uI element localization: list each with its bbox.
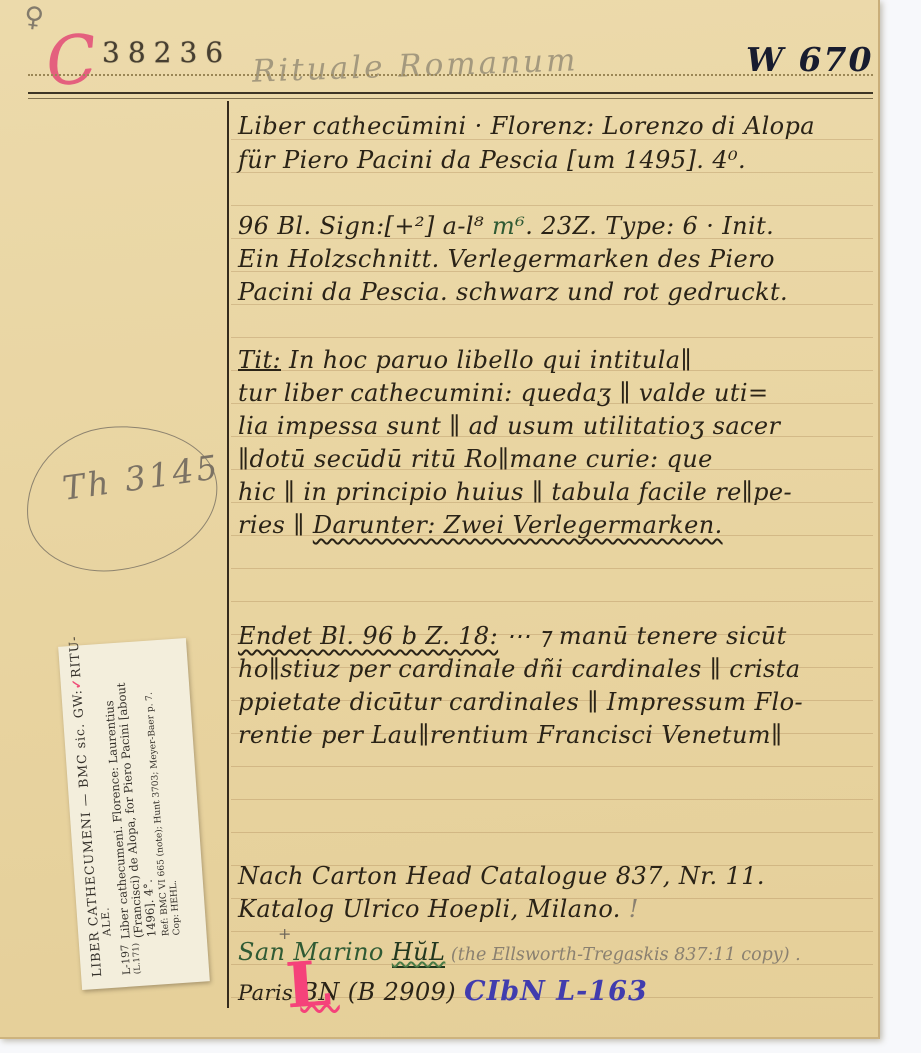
manuscript-line: Endet Bl. 96 b Z. 18: ⋯ ⁊ manū tenere si…	[238, 622, 787, 650]
ruling-line	[231, 337, 873, 338]
ruling-line	[231, 568, 873, 569]
ruling-line	[231, 601, 873, 602]
manuscript-segment: lia impessa sunt ∥ ad usum utilitatioʒ s…	[238, 412, 780, 440]
manuscript-segment: Endet Bl. 96 b Z. 18:	[238, 622, 498, 650]
manuscript-segment: rentie per Lau∥rentium Francisci Venetum…	[238, 721, 782, 749]
label-entry-number: L-197 (L.171)	[120, 937, 161, 976]
manuscript-segment: ho∥stiuz per cardinale dñi cardinales ∥ …	[238, 655, 801, 683]
manuscript-line: ∥dotū secūdū ritū Ro∥mane curie: que	[238, 445, 713, 473]
manuscript-segment: Liber cathecūmini · Florenz: Lorenzo di …	[238, 112, 815, 140]
manuscript-segment: Katalog Ulrico Hoepli, Milano.	[238, 895, 621, 923]
vertical-margin-rule	[227, 101, 229, 1008]
pink-crayon-letter: L	[284, 947, 333, 1023]
manuscript-segment: Tit:	[238, 346, 281, 374]
manuscript-segment: ⋯ ⁊ manū tenere sicūt	[498, 622, 787, 650]
label-heading-cont: RITU-	[65, 635, 83, 678]
ruling-line	[231, 766, 873, 767]
dotted-rule	[28, 74, 873, 76]
manuscript-segment: CIbN L-163	[464, 976, 648, 1007]
manuscript-line: tur liber cathecumini: quedaʒ ∥ valde ut…	[238, 379, 768, 407]
manuscript-segment: . 23Z. Type: 6 · Init.	[525, 212, 774, 240]
manuscript-segment: m⁶	[492, 212, 525, 240]
double-rule-bottom	[28, 98, 873, 99]
manuscript-line: 96 Bl. Sign:[+²] a-l⁸ m⁶. 23Z. Type: 6 ·…	[238, 212, 774, 240]
manuscript-line: für Piero Pacini da Pescia [um 1495]. 4⁰…	[238, 146, 746, 174]
manuscript-segment: 96 Bl. Sign:[+²] a-l⁸	[238, 212, 492, 240]
catalog-card: ♀ C 38236 Rituale Romanum W 670 Th 3145 …	[0, 0, 880, 1039]
manuscript-line: Pacini da Pescia. schwarz und rot gedruc…	[238, 278, 788, 306]
manuscript-segment: (B 2909)	[340, 978, 456, 1006]
manuscript-segment: Pacini da Pescia. schwarz und rot gedruc…	[238, 278, 788, 306]
typed-label-content: LIBER CATHECUMENI — BMC sic. GW:✓RITU- A…	[58, 638, 210, 990]
manuscript-line: Katalog Ulrico Hoepli, Milano. !	[238, 895, 639, 923]
manuscript-line: hic ∥ in principio huius ∥ tabula facile…	[238, 478, 792, 506]
manuscript-segment: (the Ellsworth-Tregaskis 837:11 copy) .	[445, 945, 800, 965]
manuscript-segment: Darunter: Zwei Verlegermarken.	[313, 511, 723, 539]
ruling-line	[231, 799, 873, 800]
ruling-line	[231, 931, 873, 932]
manuscript-segment: hic ∥ in principio huius ∥ tabula facile…	[238, 478, 792, 506]
manuscript-line: Liber cathecūmini · Florenz: Lorenzo di …	[238, 112, 815, 140]
manuscript-line: ries ∥ Darunter: Zwei Verlegermarken.	[238, 511, 723, 539]
manuscript-line: Ein Holzschnitt. Verlegermarken des Pier…	[238, 245, 775, 273]
manuscript-segment: ∥dotū secūdū ritū Ro∥mane curie: que	[238, 445, 713, 473]
red-checkmark-icon: ✓	[68, 677, 84, 690]
manuscript-segment: In hoc paruo libello qui intitula∥	[281, 346, 692, 374]
manuscript-line: ppietate dicūtur cardinales ∥ Impressum …	[238, 688, 803, 716]
red-crayon-letter: C	[42, 20, 100, 102]
manuscript-segment: ries ∥	[238, 511, 313, 539]
ruling-line	[231, 205, 873, 206]
ruling-line	[231, 832, 873, 833]
manuscript-segment: für Piero Pacini da Pescia [um 1495]. 4⁰…	[238, 146, 746, 174]
manuscript-segment: tur liber cathecumini: quedaʒ ∥ valde ut…	[238, 379, 768, 407]
manuscript-segment: Ein Holzschnitt. Verlegermarken des Pier…	[238, 245, 775, 273]
stray-pencil-mark: +	[278, 924, 291, 943]
accession-number-stamp: 38236	[102, 36, 231, 69]
manuscript-segment	[456, 978, 464, 1006]
manuscript-line: lia impessa sunt ∥ ad usum utilitatioʒ s…	[238, 412, 780, 440]
manuscript-line: Tit: In hoc paruo libello qui intitula∥	[238, 346, 692, 374]
double-rule-top	[28, 92, 873, 94]
label-entry-no-sub: (L.171)	[131, 938, 144, 975]
manuscript-segment: Nach Carton Head Catalogue 837, Nr. 11.	[238, 862, 765, 890]
manuscript-segment: HŭL	[392, 938, 446, 968]
typed-label-slip: LIBER CATHECUMENI — BMC sic. GW:✓RITU- A…	[58, 638, 210, 990]
faded-pencil-title: Rituale Romanum	[251, 42, 579, 89]
manuscript-line: ho∥stiuz per cardinale dñi cardinales ∥ …	[238, 655, 801, 683]
manuscript-segment: !	[621, 895, 639, 923]
manuscript-line: Nach Carton Head Catalogue 837, Nr. 11.	[238, 862, 765, 890]
manuscript-line: rentie per Lau∥rentium Francisci Venetum…	[238, 721, 782, 749]
manuscript-segment: ppietate dicūtur cardinales ∥ Impressum …	[238, 688, 803, 716]
